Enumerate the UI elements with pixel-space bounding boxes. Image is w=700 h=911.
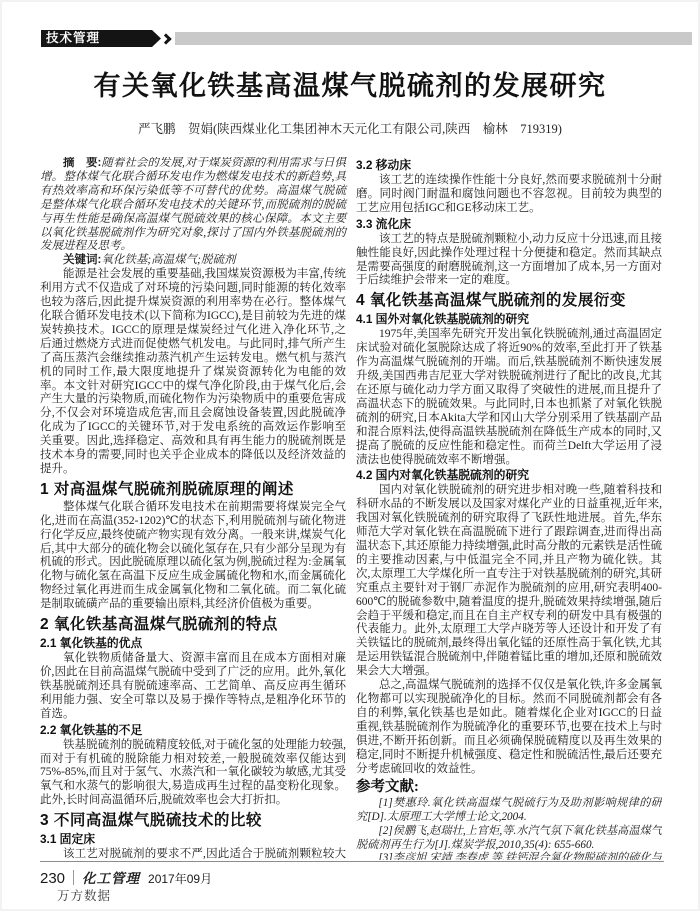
section-3-2-heading: 3.2 移动床 bbox=[356, 158, 662, 173]
conclusion-paragraph: 总之,高温煤气脱硫剂的选择不仅仅是氧化铁,许多金属氧化物都可以实现脱硫净化的目标… bbox=[356, 679, 662, 776]
journal-name: 化工管理 bbox=[82, 867, 140, 887]
intro-paragraph: 能源是社会发展的重要基础,我国煤炭资源极为丰富,传统利用方式不仅造成了对环境的污… bbox=[40, 268, 346, 477]
banner-gray-bar bbox=[175, 32, 692, 45]
footer-divider bbox=[40, 861, 664, 862]
category-banner: 技术管理 bbox=[41, 30, 692, 47]
abstract-label: 摘 要: bbox=[63, 157, 101, 169]
section-4-heading: 4 氧化铁基高温煤气脱硫剂的发展衍变 bbox=[356, 291, 662, 310]
section-3-heading: 3 不同高温煤气脱硫技术的比较 bbox=[40, 811, 346, 830]
section-2-1-paragraph: 氧化铁物质储备量大、资源丰富而且在成本方面相对廉价,因此在目前高温煤气脱硫中受到… bbox=[40, 652, 346, 722]
page-number: 230 bbox=[40, 870, 65, 887]
references-heading: 参考文献: bbox=[356, 778, 662, 796]
article-title: 有关氧化铁基高温煤气脱硫剂的发展研究 bbox=[0, 64, 700, 103]
section-3-1-paragraph: 该工艺对脱硫剂的要求不严,因此适合于脱硫剂颗粒较大的应用。然而其反应时温度不易控… bbox=[40, 848, 346, 860]
article-authors: 严飞鹏 贺娟(陕西煤业化工集团神木天元化工有限公司,陕西 榆林 719319) bbox=[0, 119, 700, 137]
chevron-right-icon bbox=[160, 33, 171, 44]
right-column: 3.2 移动床 该工艺的连续操作性能十分良好,然而要求脱硫剂十分耐磨。同时阀门耐… bbox=[356, 157, 662, 860]
abstract-text: 随着社会的发展,对于煤炭资源的利用需求与日俱增。整体煤气化联合循环发电作为燃煤发… bbox=[40, 157, 346, 252]
section-4-1-paragraph: 1975年,美国率先研究开发出氧化铁脱硫剂,通过高温固定床试验对硫化氢脱除达成了… bbox=[356, 328, 662, 467]
reference-item: [1]樊惠玲.氧化铁高温煤气脱硫行为及助剂影响规律的研究[D].太原理工大学博士… bbox=[356, 797, 662, 824]
section-1-paragraph: 整体煤气化联合循环发电技术在前期需要将煤炭完全气化,进而在高温(352-1202… bbox=[40, 501, 346, 612]
keywords-label: 关键词: bbox=[63, 254, 101, 266]
issue-date: 2017年09月 bbox=[148, 870, 212, 887]
reference-item: [2]侯鹏飞,赵瑞壮,上官炬,等.水汽气氛下氧化铁基高温煤气脱硫剂再生行为[J]… bbox=[356, 825, 662, 852]
section-3-1-heading: 3.1 固定床 bbox=[40, 832, 346, 847]
section-2-heading: 2 氧化铁基高温煤气脱硫剂的特点 bbox=[40, 615, 346, 634]
section-2-2-paragraph: 铁基脱硫剂的脱硫精度较低,对于硫化氢的处理能力较强,而对于有机硫的脱除能力相对较… bbox=[40, 739, 346, 809]
wanfang-watermark: 万方数据 bbox=[57, 886, 111, 904]
section-2-1-heading: 2.1 氧化铁基的优点 bbox=[40, 636, 346, 651]
footer: 230 化工管理 2017年09月 bbox=[40, 867, 212, 887]
category-banner-label: 技术管理 bbox=[41, 30, 161, 47]
section-4-2-heading: 4.2 国内对氧化铁基脱硫剂的研究 bbox=[356, 468, 662, 483]
left-column: 摘 要:随着社会的发展,对于煤炭资源的利用需求与日俱增。整体煤气化联合循环发电作… bbox=[40, 157, 346, 860]
section-4-2-paragraph: 国内对氧化铁脱硫剂的研究进步相对晚一些,随着科技和科研水品的不断发展以及国家对煤… bbox=[356, 484, 662, 679]
section-1-heading: 1 对高温煤气脱硫剂脱硫原理的阐述 bbox=[40, 480, 346, 499]
section-4-1-heading: 4.1 国外对氧化铁基脱硫剂的研究 bbox=[356, 312, 662, 327]
abstract: 摘 要:随着社会的发展,对于煤炭资源的利用需求与日俱增。整体煤气化联合循环发电作… bbox=[40, 157, 346, 254]
section-3-2-paragraph: 该工艺的连续操作性能十分良好,然而要求脱硫剂十分耐磨。同时阀门耐温和腐蚀问题也不… bbox=[356, 174, 662, 216]
keywords: 关键词:氧化铁基;高温煤气;脱硫剂 bbox=[40, 254, 346, 268]
section-3-3-paragraph: 该工艺的特点是脱硫剂颗粒小,动力反应十分迅速,而且接触性能良好,因此操作处理过程… bbox=[356, 233, 662, 289]
section-3-3-heading: 3.3 流化床 bbox=[356, 217, 662, 232]
footer-separator bbox=[73, 870, 74, 885]
article-body: 摘 要:随着社会的发展,对于煤炭资源的利用需求与日俱增。整体煤气化联合循环发电作… bbox=[40, 157, 662, 860]
section-2-2-heading: 2.2 氧化铁基的不足 bbox=[40, 723, 346, 738]
keywords-text: 氧化铁基;高温煤气;脱硫剂 bbox=[101, 254, 235, 266]
reference-item: [3]李彦旭,宋靖,李春虎,等.铁钙混合氧化物脱硫剂的硫化与再生过程研究[J].… bbox=[356, 852, 662, 860]
